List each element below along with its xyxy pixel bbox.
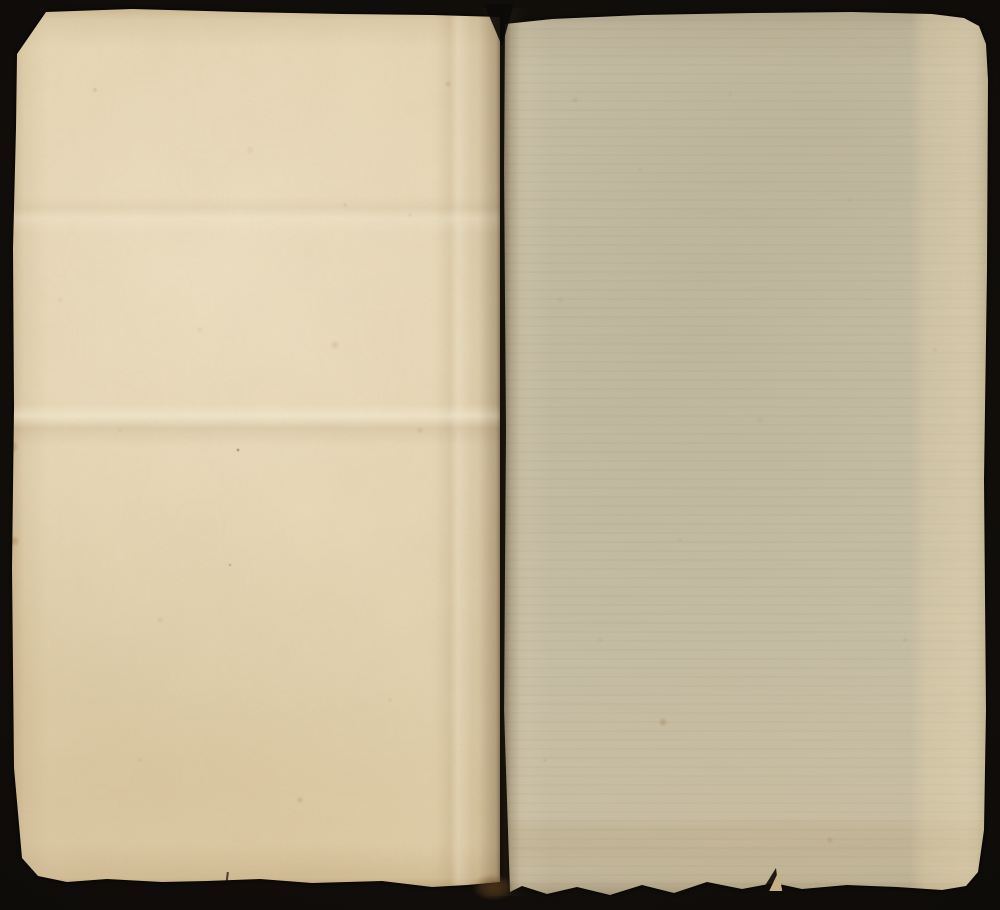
tear-paper-flap — [769, 871, 786, 891]
right-page-stains — [502, 10, 990, 896]
right-page-grain-texture — [502, 10, 990, 896]
right-page-corner-tear — [762, 868, 792, 896]
right-page-wrap — [0, 0, 1000, 910]
book-scan — [0, 0, 1000, 910]
right-page-fiber-texture — [502, 10, 990, 896]
right-page — [502, 10, 990, 896]
spine-bottom-stain — [472, 874, 514, 904]
